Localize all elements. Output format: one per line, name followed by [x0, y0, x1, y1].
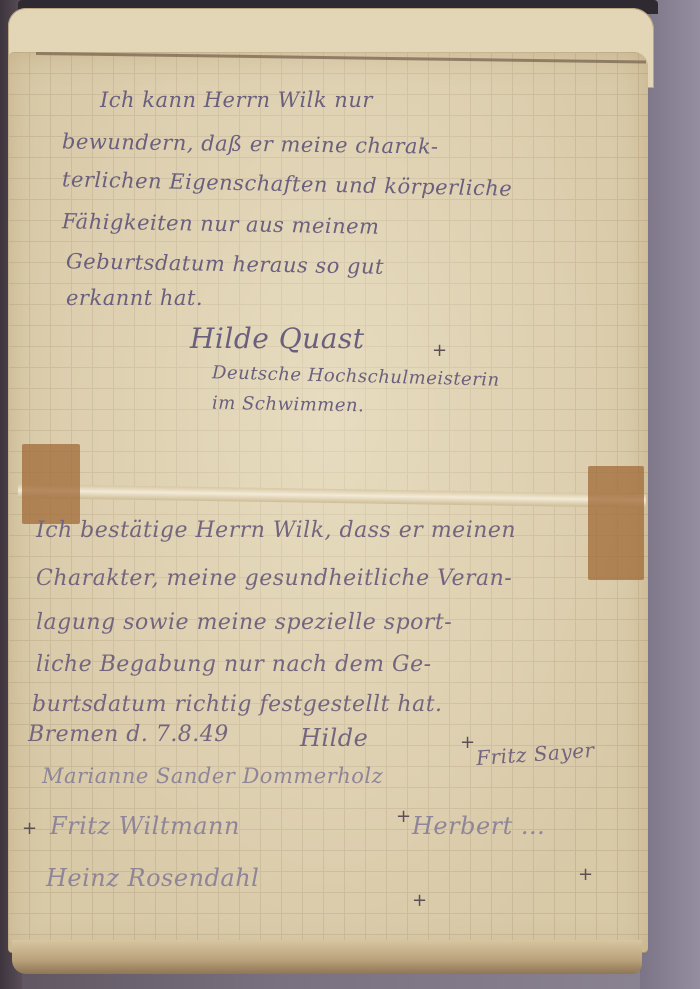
upper-line-1: Ich kann Herrn Wilk nur [100, 88, 373, 112]
signature-3: Marianne Sander Dommerholz [42, 764, 383, 788]
signature-4: Fritz Wiltmann [50, 812, 240, 840]
place-date: Bremen d. 7.8.49 [28, 722, 229, 747]
lower-line-4: liche Begabung nur nach dem Ge- [36, 652, 432, 677]
cross-mark-1: + [460, 732, 475, 753]
upper-line-6: erkannt hat. [66, 286, 203, 310]
lower-line-1: Ich bestätige Herrn Wilk, dass er meinen [36, 518, 516, 543]
signature-5: Herbert ... [412, 812, 545, 840]
lower-line-5: burtsdatum richtig festgestellt hat. [32, 692, 443, 717]
cross-mark-6: + [412, 890, 427, 911]
tape-strip-right [588, 466, 644, 580]
signature-6: Heinz Rosendahl [46, 864, 259, 892]
cross-mark-5: + [578, 864, 593, 885]
lower-line-3: lagung sowie meine spezielle sport- [36, 610, 452, 635]
cross-mark-4: + [396, 806, 411, 827]
lower-line-2: Charakter, meine gesundheitliche Veran- [36, 566, 512, 591]
signature-hilde-quast: Hilde Quast [190, 322, 365, 355]
page-block-bottom-edge [12, 940, 642, 974]
title-line-2: im Schwimmen. [212, 393, 365, 417]
cross-mark: + [432, 340, 447, 361]
background-surface [640, 0, 700, 989]
tape-strip-left [22, 444, 80, 524]
signature-1: Hilde [300, 724, 368, 752]
cross-mark-3: + [22, 818, 37, 839]
